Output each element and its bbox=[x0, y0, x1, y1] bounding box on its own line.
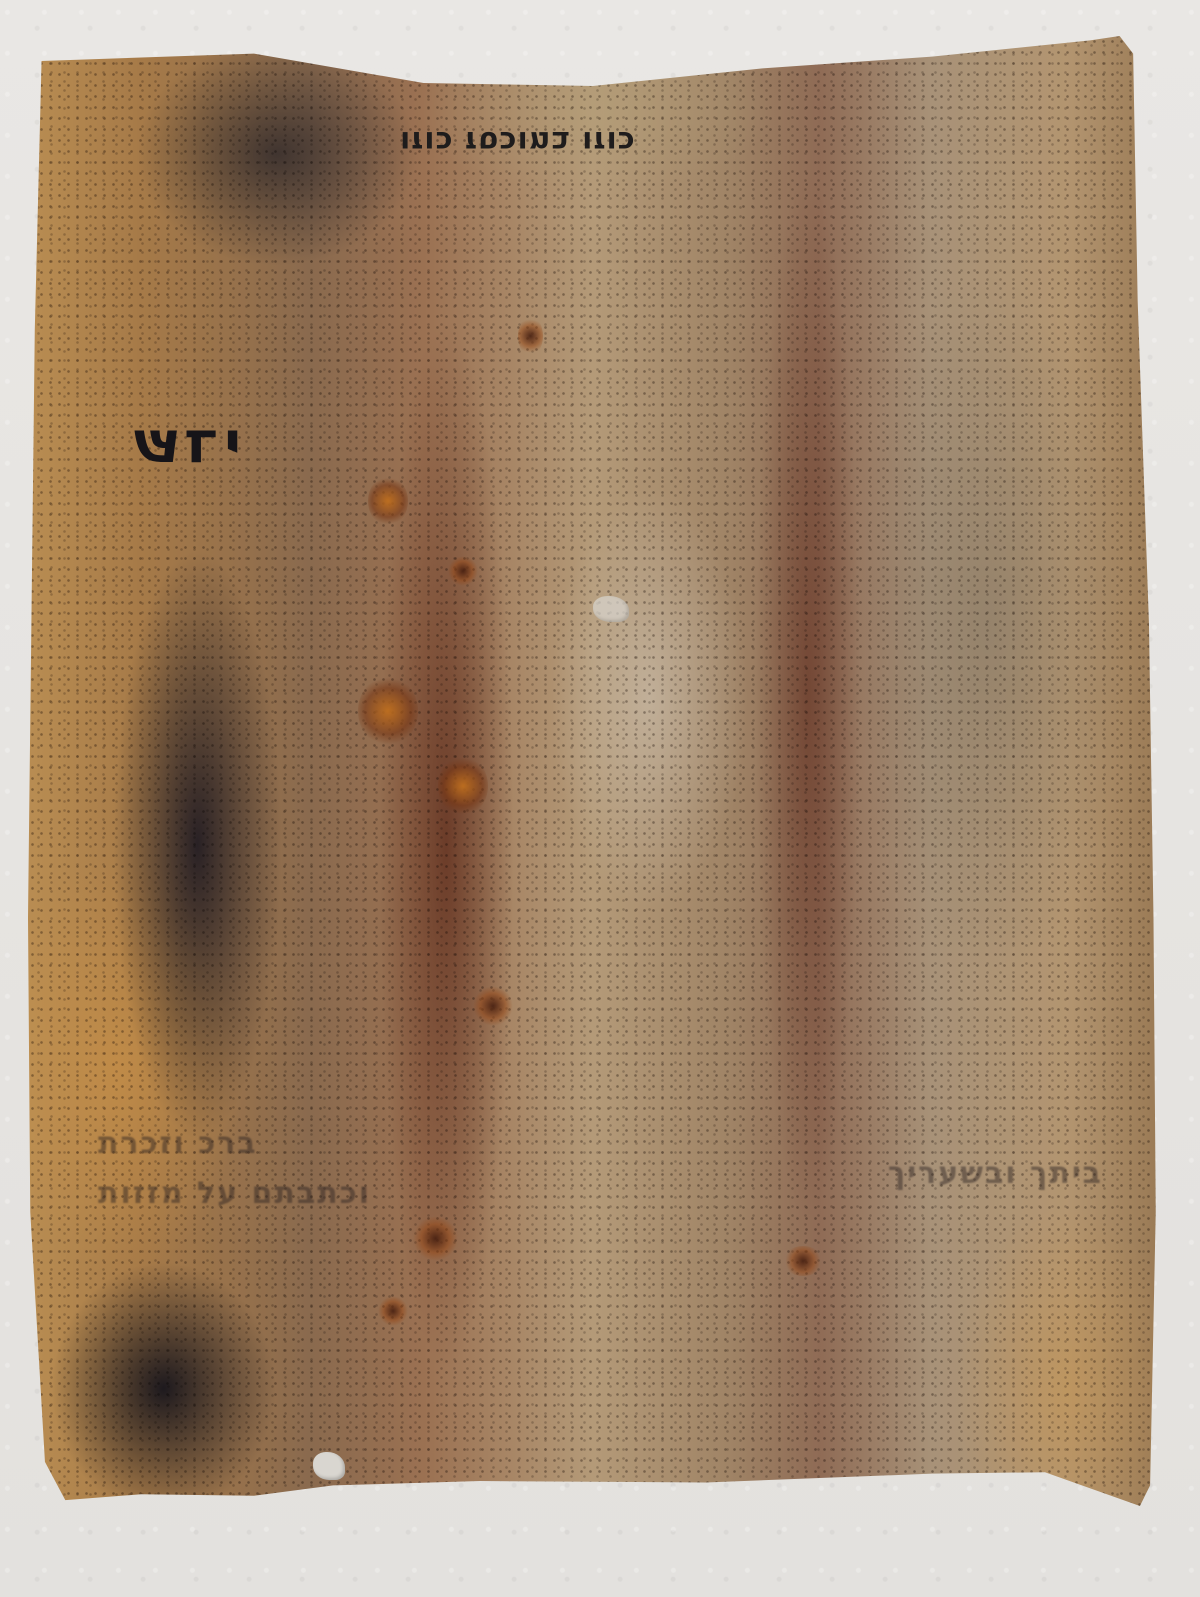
rust-spot bbox=[358, 676, 418, 746]
rust-spot bbox=[368, 476, 408, 526]
stain-spot bbox=[413, 1216, 458, 1261]
parchment-flake bbox=[593, 596, 629, 622]
rust-spot bbox=[438, 756, 488, 816]
parchment-texture bbox=[28, 36, 1158, 1506]
parchment: ברכ וזכרת וכתבתם על מזזות ביתך ובשעריך bbox=[28, 36, 1158, 1506]
parchment-flake bbox=[313, 1452, 345, 1480]
cipher-inscription: כוזו במוכסז כוזו bbox=[400, 124, 636, 159]
stain-spot bbox=[783, 1246, 823, 1276]
bleed-through-text: ביתך ובשעריך bbox=[888, 1156, 1103, 1191]
bleed-through-text: ברכ וזכרת bbox=[98, 1126, 258, 1161]
stain-spot bbox=[473, 986, 513, 1026]
shaddai-inscription: שדי bbox=[128, 408, 241, 476]
stain-spot bbox=[448, 556, 478, 586]
stain-spot bbox=[378, 1296, 408, 1326]
bleed-through-text: וכתבתם על מזזות bbox=[98, 1176, 371, 1211]
stain-spot bbox=[518, 316, 543, 356]
